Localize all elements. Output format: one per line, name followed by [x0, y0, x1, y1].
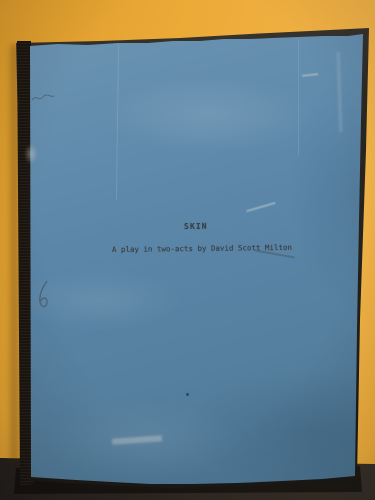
manuscript-photo: SKIN A play in two-acts by David Scott M…	[0, 0, 375, 500]
cover-title: SKIN	[184, 222, 208, 231]
